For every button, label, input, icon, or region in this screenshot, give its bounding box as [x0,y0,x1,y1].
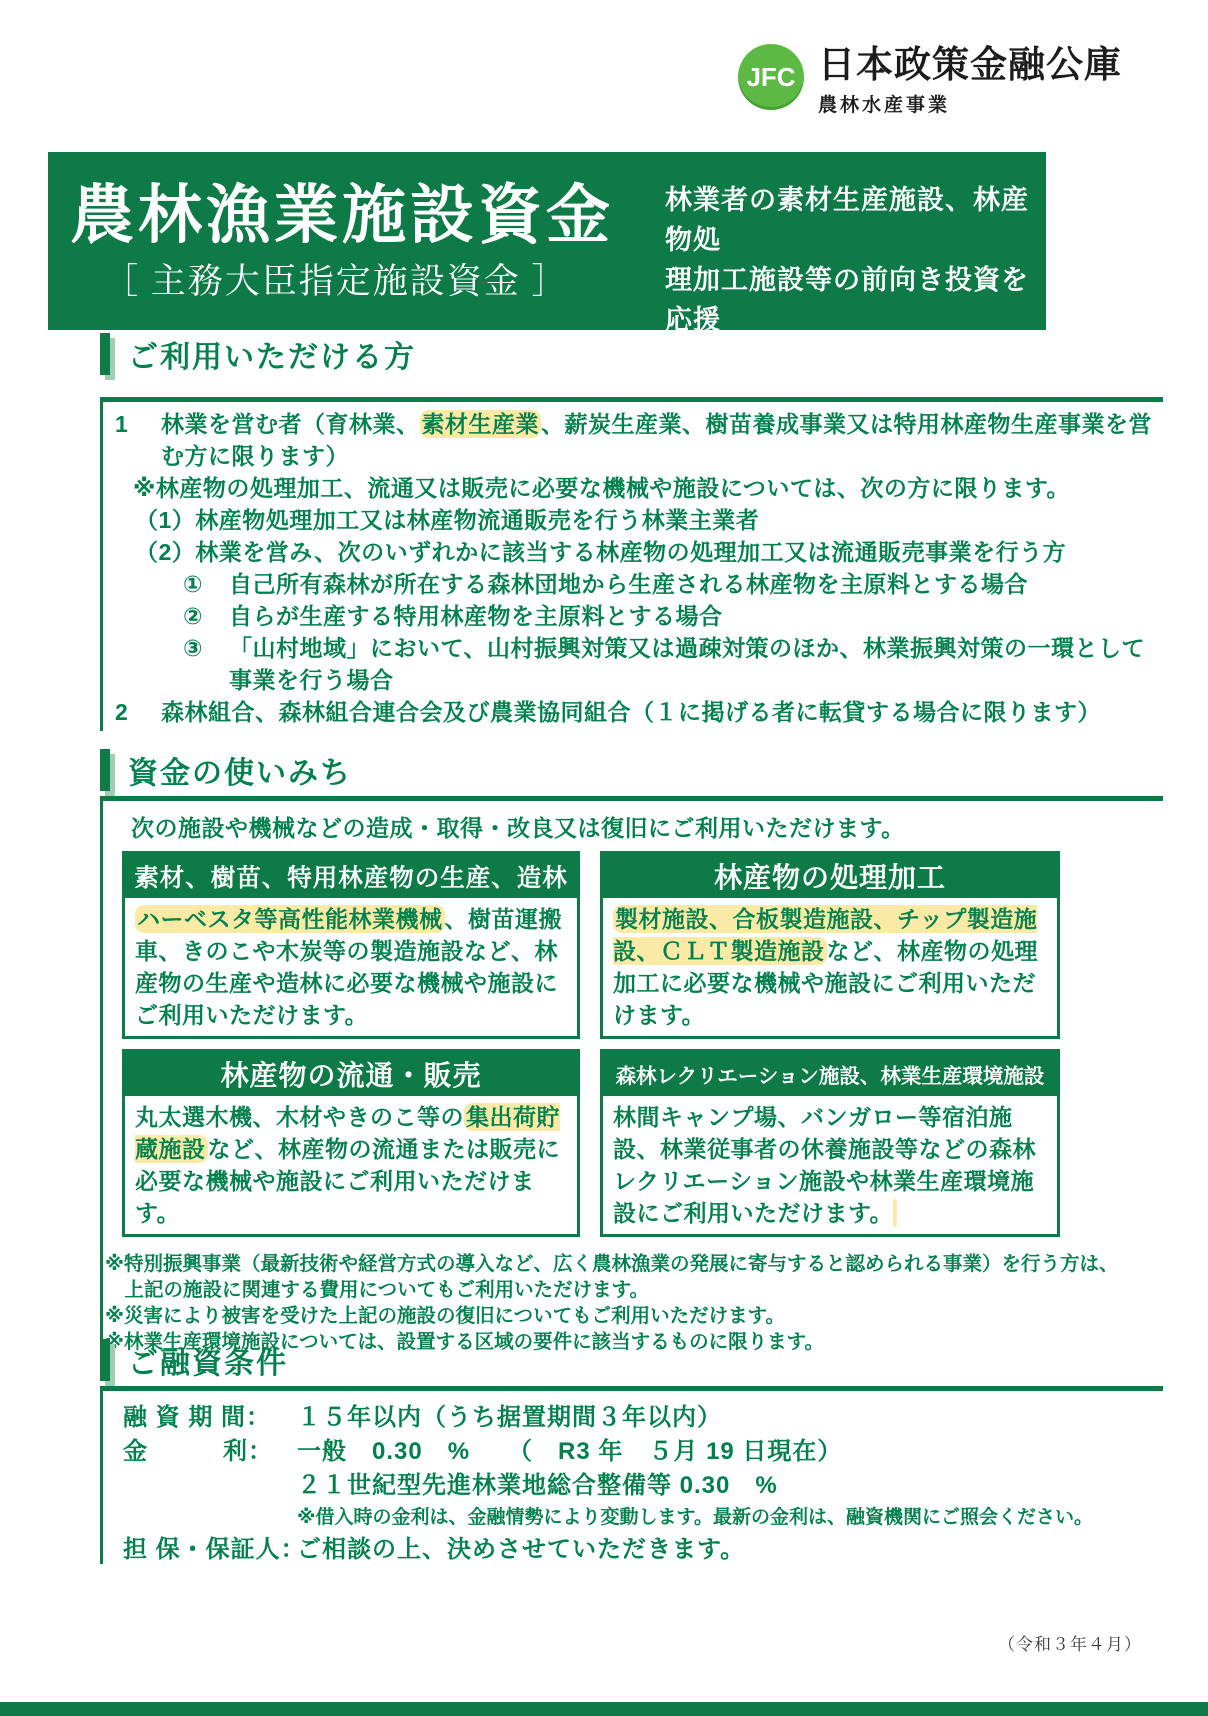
terms-label: 融 資 期 間： [123,1401,297,1435]
jfc-logo: JFC 日本政策金融公庫 農林水産事業 [738,44,1122,117]
circled-number: ① [183,568,229,600]
eligible-item-1-text: 林業を営む者（育林業、素材生産業、薪炭生産業、樹苗養成事業又は特用林産物生産事業… [161,408,1163,472]
eligible-circled-3: ③ 「山村地域」において、山村振興対策又は過疎対策のほか、林業振興対策の一環とし… [103,632,1163,696]
terms-row-rate-note: ※借入時の金利は、金融情勢により変動します。最新の金利は、融資機関にご照会くださ… [123,1503,1163,1533]
usage-box-header: 素材、樹苗、特用林産物の生産、造林 [125,854,577,898]
page-title: 農林漁業施設資金 [70,164,614,256]
usage-note: ※特別振興事業（最新技術や経営方式の導入など、広く農林漁業の発展に寄与すると認め… [105,1251,1163,1277]
section-bar-icon [100,749,110,791]
circled-number: ② [183,600,229,632]
jfc-logo-icon: JFC [738,44,804,110]
terms-label: 担 保・保証人： [123,1533,297,1567]
bottom-green-bar [0,1702,1208,1716]
terms-value: ※借入時の金利は、金融情勢により変動します。最新の金利は、融資機関にご照会くださ… [297,1503,1163,1533]
eligible-circled-1: ① 自己所有森林が所在する森林団地から生産される林産物を主原料とする場合 [103,568,1163,600]
page-subtitle: ［ 主務大臣指定施設資金 ］ [103,254,569,304]
item-number: 1 [115,408,161,472]
usage-box-processing: 林産物の処理加工 製材施設、合板製造施設、チップ製造施設、ＣＬＴ製造施設など、林… [600,851,1060,1039]
text-segment: 丸太選木機、木材やきのこ等の [135,1104,464,1130]
usage-box-header: 林産物の流通・販売 [125,1052,577,1096]
section-title-usage: 資金の使いみち [128,748,352,792]
terms-value: ２１世紀型先進林業地総合整備等 0.30 % [297,1469,1163,1503]
usage-box-body: 林間キャンプ場、バンガロー等宿泊施設、林業従事者の休養施設等などの森林レクリエー… [603,1096,1057,1234]
eligible-sub-2: （2）林業を営み、次のいずれかに該当する林産物の処理加工又は流通販売事業を行う方 [103,536,1163,568]
terms-value: １５年以内（うち据置期間３年以内） [297,1401,1163,1435]
usage-box-body: 丸太選木機、木材やきのこ等の集出荷貯蔵施設など、林産物の流通または販売に必要な機… [125,1096,577,1234]
usage-box-body: ハーベスタ等高性能林業機械、樹苗運搬車、きのこや木炭等の製造施設など、林産物の生… [125,898,577,1036]
usage-box-recreation: 森林レクリエーション施設、林業生産環境施設 林間キャンプ場、バンガロー等宿泊施設… [600,1049,1060,1237]
usage-box-grid: 素材、樹苗、特用林産物の生産、造林 ハーベスタ等高性能林業機械、樹苗運搬車、きの… [122,851,1163,1237]
department-name: 農林水産事業 [818,90,1122,117]
hero-description-line: 林業者の素材生産施設、林産物処 [665,180,1047,260]
terms-row-period: 融 資 期 間： １５年以内（うち据置期間３年以内） [123,1401,1163,1435]
eligible-circled-2: ② 自らが生産する特用林産物を主原料とする場合 [103,600,1163,632]
flyer-page: JFC 日本政策金融公庫 農林水産事業 農林漁業施設資金 ［ 主務大臣指定施設資… [0,0,1208,1716]
terms-value: ご相談の上、決めさせていただきます。 [297,1533,1163,1567]
terms-label [123,1469,297,1503]
circled-text: 「山村地域」において、山村振興対策又は過疎対策のほか、林業振興対策の一環として事… [229,632,1163,696]
terms-value: 一般 0.30 % （ R3 年 ５月 19 日現在） [297,1435,1163,1469]
section-body-eligible: 1 林業を営む者（育林業、素材生産業、薪炭生産業、樹苗養成事業又は特用林産物生産… [100,397,1163,731]
jfc-logo-letters: JFC [746,62,795,93]
section-body-usage: 次の施設や機械などの造成・取得・改良又は復旧にご利用いただけます。 素材、樹苗、… [100,796,1163,1341]
terms-row-rate: 金 利： 一般 0.30 % （ R3 年 ５月 19 日現在） [123,1435,1163,1469]
eligible-item-2: 2 森林組合、森林組合連合会及び農業協同組合（１に掲げる者に転貸する場合に限りま… [103,696,1163,728]
section-header-terms: ご融資条件 [100,1338,288,1382]
terms-label [123,1503,297,1533]
usage-box-body: 製材施設、合板製造施設、チップ製造施設、ＣＬＴ製造施設など、林産物の処理加工に必… [603,898,1057,1036]
section-body-terms: 融 資 期 間： １５年以内（うち据置期間３年以内） 金 利： 一般 0.30 … [100,1386,1163,1564]
usage-box-header: 森林レクリエーション施設、林業生産環境施設 [603,1052,1057,1096]
terms-label: 金 利： [123,1435,297,1469]
section-header-usage: 資金の使いみち [100,748,352,792]
eligible-sub-1: （1）林産物処理加工又は林産物流通販売を行う林業主業者 [103,504,1163,536]
section-title-eligible: ご利用いただける方 [128,332,416,376]
highlight-text: ハーベスタ等高性能林業機械 [135,905,445,933]
jfc-logo-text: 日本政策金融公庫 農林水産事業 [818,44,1122,117]
usage-box-distribution: 林産物の流通・販売 丸太選木機、木材やきのこ等の集出荷貯蔵施設など、林産物の流通… [122,1049,580,1237]
eligible-item-1: 1 林業を営む者（育林業、素材生産業、薪炭生産業、樹苗養成事業又は特用林産物生産… [103,408,1163,472]
eligible-note: ※林産物の処理加工、流通又は販売に必要な機械や施設については、次の方に限ります。 [103,472,1163,504]
usage-box-production: 素材、樹苗、特用林産物の生産、造林 ハーベスタ等高性能林業機械、樹苗運搬車、きの… [122,851,580,1039]
highlight-text [893,1199,897,1227]
usage-note: 上記の施設に関連する費用についてもご利用いただけます。 [105,1277,1163,1303]
item-number: 2 [115,696,161,728]
hero-description-line: 理加工施設等の前向き投資を応援 [665,260,1047,340]
section-header-eligible: ご利用いただける方 [100,332,416,376]
organization-name: 日本政策金融公庫 [818,44,1122,87]
text-segment: 林間キャンプ場、バンガロー等宿泊施設、林業従事者の休養施設等などの森林レクリエー… [613,1104,1036,1226]
eligible-item-2-text: 森林組合、森林組合連合会及び農業協同組合（１に掲げる者に転貸する場合に限ります） [161,696,1163,728]
hero-description-line: する資金です。 [665,340,1047,380]
usage-note: ※災害により被害を受けた上記の施設の復旧についてもご利用いただけます。 [105,1303,1163,1329]
section-bar-icon [100,333,110,375]
section-bar-icon [100,1339,110,1381]
hero-description: 林業者の素材生産施設、林産物処 理加工施設等の前向き投資を応援 する資金です。 [665,180,1047,380]
highlight-text: 素材生産業 [420,410,542,438]
text-segment: 林業を営む者（育林業、 [161,411,420,437]
usage-box-header: 林産物の処理加工 [603,854,1057,898]
hero-banner: 農林漁業施設資金 ［ 主務大臣指定施設資金 ］ 林業者の素材生産施設、林産物処 … [48,152,1046,330]
section-title-terms: ご融資条件 [128,1338,288,1382]
circled-text: 自らが生産する特用林産物を主原料とする場合 [229,600,1163,632]
circled-number: ③ [183,632,229,696]
terms-row-collateral: 担 保・保証人： ご相談の上、決めさせていただきます。 [123,1533,1163,1567]
footer-date: （令和３年４月） [998,1630,1142,1655]
circled-text: 自己所有森林が所在する森林団地から生産される林産物を主原料とする場合 [229,568,1163,600]
usage-intro: 次の施設や機械などの造成・取得・改良又は復旧にご利用いただけます。 [103,813,1163,843]
terms-row-rate-2: ２１世紀型先進林業地総合整備等 0.30 % [123,1469,1163,1503]
